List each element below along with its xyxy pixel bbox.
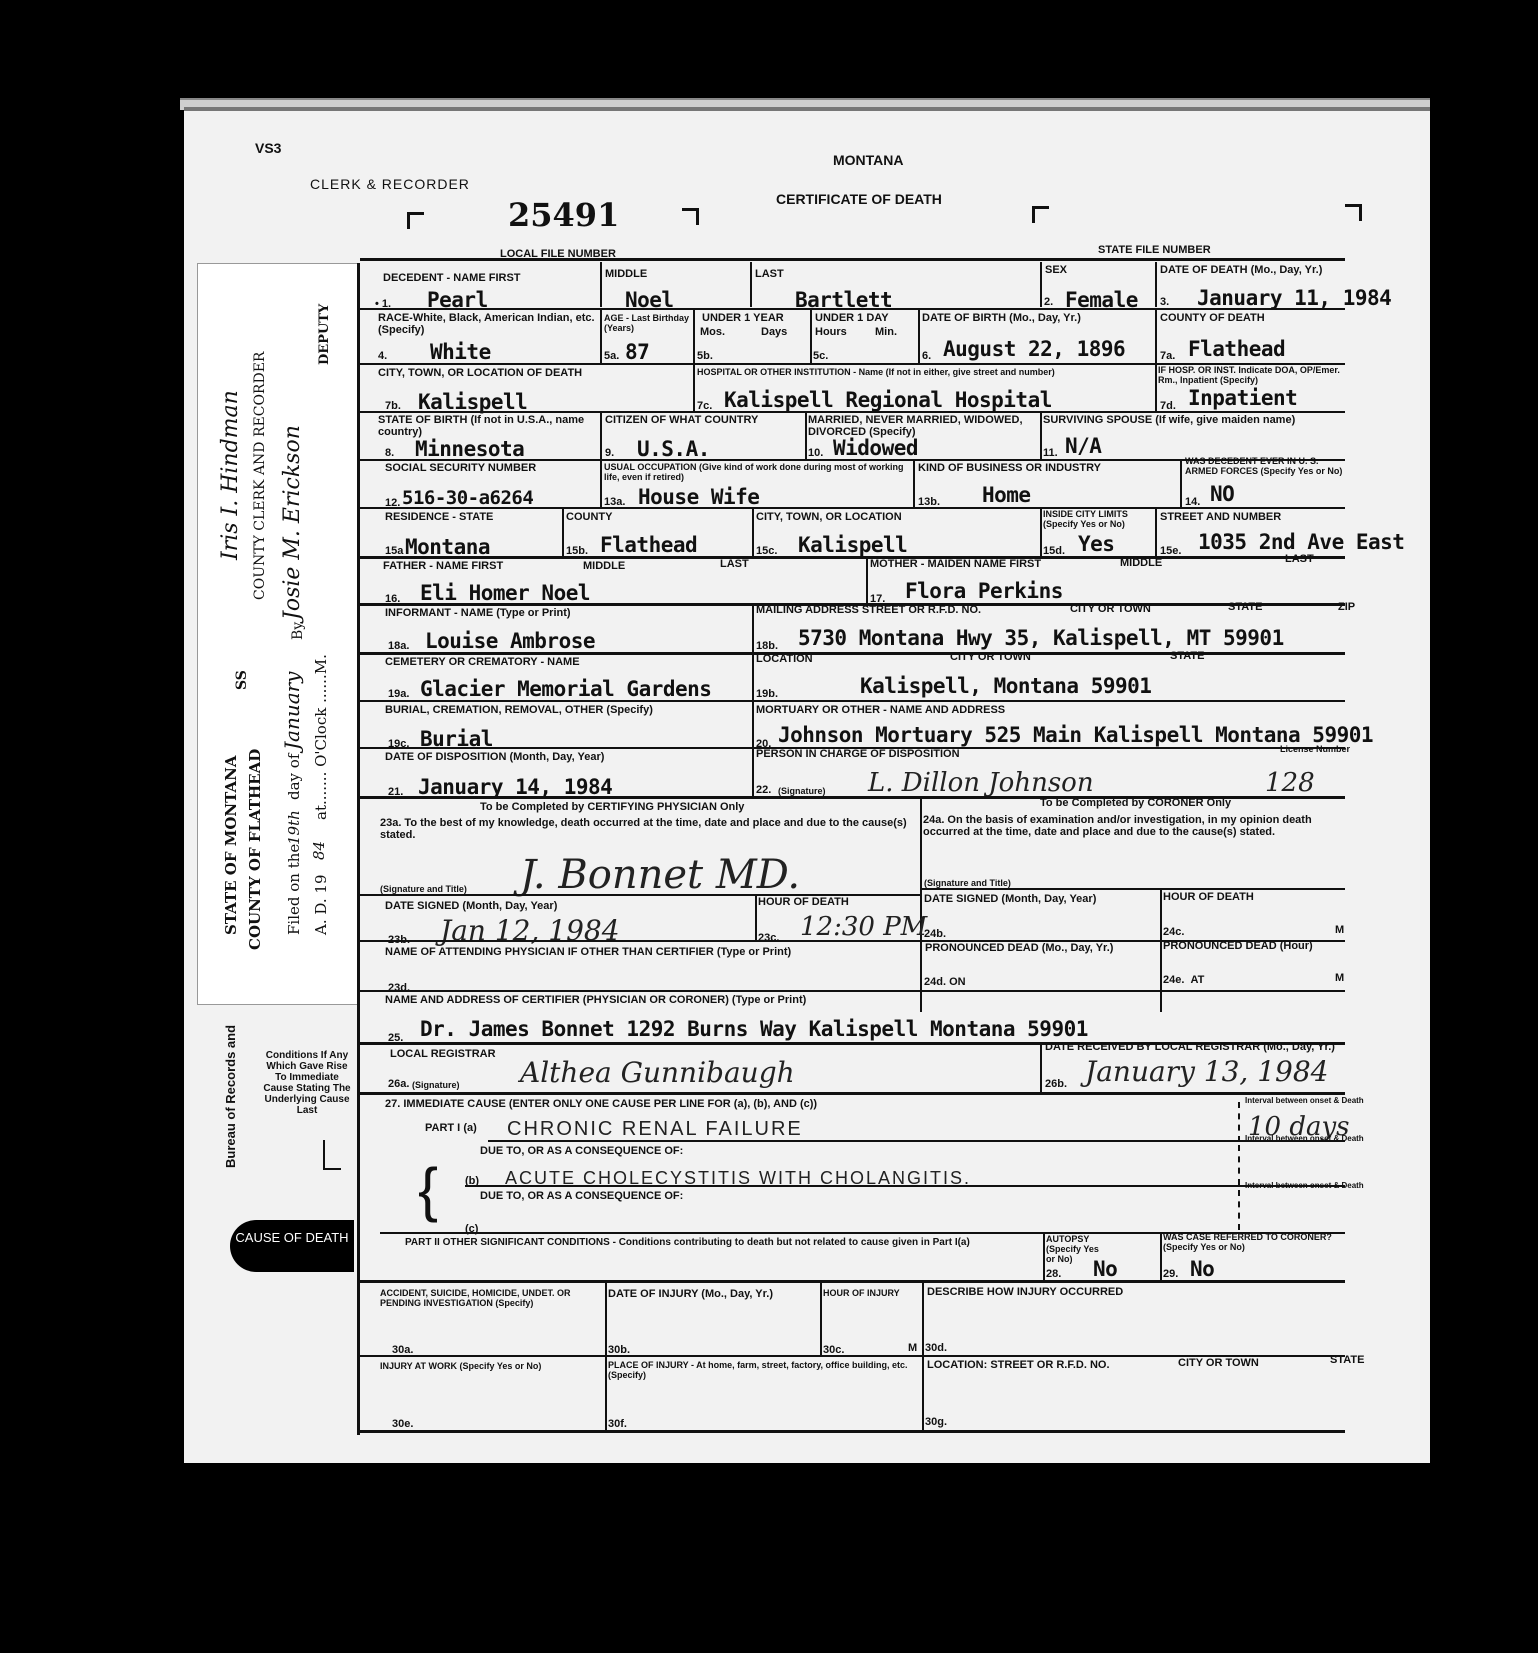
due-to-label: DUE TO, OR AS A CONSEQUENCE OF: — [480, 1145, 683, 1157]
race-value: White — [430, 340, 491, 364]
rule — [693, 363, 695, 411]
hour-of-death: 12:30 PM — [800, 912, 927, 942]
clerk-recorder-label: CLERK & RECORDER — [310, 176, 470, 192]
cause-of-death-badge: CAUSE OF DEATH — [230, 1220, 354, 1272]
inside-city-limits: Yes — [1078, 532, 1114, 556]
coroner-referral-value: No — [1190, 1257, 1214, 1281]
certifier-name-address: Dr. James Bonnet 1292 Burns Way Kalispel… — [420, 1017, 1088, 1041]
part2-label: PART II OTHER SIGNIFICANT CONDITIONS - C… — [405, 1238, 970, 1248]
label: RESIDENCE - STATE — [385, 511, 493, 523]
label: LOCATION — [756, 653, 813, 665]
label: SOCIAL SECURITY NUMBER — [385, 462, 536, 474]
label: MARRIED, NEVER MARRIED, WIDOWED, DIVORCE… — [808, 414, 1028, 438]
surviving-spouse: N/A — [1065, 434, 1101, 458]
rule — [866, 556, 868, 604]
father-name: Eli Homer Noel — [420, 581, 590, 605]
label: WAS DECEDENT EVER IN U. S. ARMED FORCES … — [1185, 456, 1345, 476]
rule — [693, 308, 695, 363]
residence-city: Kalispell — [798, 533, 907, 557]
label: ZIP — [1338, 601, 1355, 613]
registrar-signature: Althea Gunnibaugh — [520, 1056, 795, 1089]
field-corner — [682, 208, 699, 225]
label: STATE — [1228, 601, 1262, 613]
marital-status: Widowed — [833, 436, 918, 460]
informant-name: Louise Ambrose — [425, 629, 595, 653]
due-to-label: DUE TO, OR AS A CONSEQUENCE OF: — [480, 1190, 683, 1202]
field-corner — [1032, 206, 1049, 223]
rule — [752, 603, 754, 653]
business-industry: Home — [982, 483, 1031, 507]
cemetery-location: Kalispell, Montana 59901 — [860, 674, 1151, 698]
form-code: VS3 — [255, 140, 281, 156]
label: RACE-White, Black, American Indian, etc.… — [378, 312, 598, 336]
rule — [360, 308, 1345, 310]
license-number: 128 — [1265, 768, 1315, 798]
rule — [360, 258, 1345, 261]
deputy-title: DEPUTY — [317, 304, 332, 365]
rule — [488, 1140, 1345, 1142]
label: HOUR OF INJURY — [823, 1288, 900, 1298]
label: DESCRIBE HOW INJURY OCCURRED — [927, 1286, 1123, 1298]
occupation: House Wife — [638, 485, 759, 509]
rule — [1155, 507, 1157, 557]
label: DATE OF INJURY (Mo., Day, Yr.) — [608, 1288, 773, 1300]
state-heading: MONTANA — [833, 152, 904, 168]
rule — [600, 308, 602, 363]
stub-state: STATE OF MONTANA — [222, 756, 240, 935]
rule — [1238, 1190, 1240, 1230]
label: MOTHER - MAIDEN NAME FIRST — [870, 558, 1041, 570]
rule — [810, 308, 812, 363]
part1-label: PART I (a) — [425, 1122, 477, 1134]
label: DATE SIGNED (Month, Day, Year) — [924, 893, 1096, 905]
label: DATE OF DISPOSITION (Month, Day, Year) — [385, 751, 604, 763]
stub-filed-day: 19th — [285, 810, 303, 845]
rule — [1180, 459, 1182, 507]
label: Days — [761, 326, 787, 338]
label: PERSON IN CHARGE OF DISPOSITION — [756, 748, 960, 760]
label: INSIDE CITY LIMITS (Specify Yes or No) — [1043, 509, 1153, 529]
rule — [1040, 1042, 1042, 1092]
rule — [1155, 363, 1157, 411]
label: UNDER 1 YEAR — [702, 312, 784, 324]
date-signed: Jan 12, 1984 — [440, 914, 620, 947]
label: CITIZEN OF WHAT COUNTRY — [605, 414, 758, 426]
hospital-name: Kalispell Regional Hospital — [724, 388, 1052, 412]
label: NAME AND ADDRESS OF CERTIFIER (PHYSICIAN… — [385, 994, 806, 1006]
clerk-signature: Iris I. Hindman — [218, 390, 243, 560]
rule — [600, 459, 602, 507]
cause-a: CHRONIC RENAL FAILURE — [507, 1118, 803, 1141]
clerk-title: COUNTY CLERK AND RECORDER — [252, 352, 268, 600]
rule — [600, 411, 602, 459]
rule — [600, 262, 602, 307]
conditions-note: Conditions If Any Which Gave Rise To Imm… — [262, 1050, 352, 1116]
label: WAS CASE REFERRED TO CORONER? (Specify Y… — [1163, 1232, 1348, 1252]
stub-ad-prefix: A. D. 19 — [312, 875, 330, 935]
rule — [1160, 888, 1162, 1012]
state-file-number-label: STATE FILE NUMBER — [1098, 244, 1211, 256]
label: DATE OF BIRTH (Mo., Day, Yr.) — [922, 312, 1081, 324]
armed-forces: NO — [1210, 482, 1234, 506]
rule — [360, 990, 1345, 992]
label: INFORMANT - NAME (Type or Print) — [385, 607, 571, 619]
rule — [820, 1280, 822, 1355]
label: Mos. — [700, 326, 725, 338]
rule — [920, 796, 922, 1012]
label: IF HOSP. OR INST. Indicate DOA, OP/Emer.… — [1158, 365, 1348, 385]
label: (Signature) — [412, 1080, 460, 1090]
rule — [1155, 308, 1157, 363]
label: CEMETERY OR CREMATORY - NAME — [385, 656, 580, 668]
label: HOUR OF DEATH — [758, 896, 849, 908]
interval-label: Interval between onset & Death — [1245, 1134, 1364, 1143]
label: (Signature) — [778, 786, 826, 796]
rule — [360, 556, 1345, 559]
cemetery-name: Glacier Memorial Gardens — [420, 677, 711, 701]
rule — [360, 507, 1345, 509]
label: AGE - Last Birthday (Years) — [604, 313, 694, 333]
label: COUNTY — [566, 511, 612, 523]
date-of-birth: August 22, 1896 — [943, 337, 1125, 361]
rule — [1160, 1232, 1162, 1280]
label: BURIAL, CREMATION, REMOVAL, OTHER (Speci… — [385, 704, 653, 716]
stub-county: COUNTY OF FLATHEAD — [246, 749, 264, 950]
interval-label: Interval between onset & Death — [1245, 1096, 1364, 1105]
rule — [755, 894, 757, 940]
date-of-death: January 11, 1984 — [1197, 286, 1391, 310]
label: STREET AND NUMBER — [1160, 511, 1281, 523]
rule — [913, 459, 915, 507]
label: LAST — [720, 558, 749, 570]
date-received: January 13, 1984 — [1085, 1055, 1328, 1088]
age-value: 87 — [625, 340, 649, 364]
rule — [360, 411, 1345, 413]
autopsy-value: No — [1093, 1257, 1117, 1281]
rule — [918, 308, 920, 363]
rule — [360, 1280, 1345, 1283]
label: MIDDLE — [583, 560, 625, 572]
label: PRONOUNCED DEAD (Hour) — [1163, 940, 1313, 952]
label: HOUR OF DEATH — [1163, 891, 1254, 903]
rule — [805, 411, 807, 459]
label: DATE OF DEATH (Mo., Day, Yr.) — [1160, 264, 1322, 276]
stub-by: By — [290, 622, 306, 640]
rule — [360, 1430, 1345, 1433]
label: NAME OF ATTENDING PHYSICIAN IF OTHER THA… — [385, 946, 791, 958]
label: HOSPITAL OR OTHER INSTITUTION - Name (If… — [697, 367, 1055, 377]
coroner-header: To be Completed by CORONER Only — [1040, 797, 1231, 809]
stub-ss: SS — [234, 670, 250, 690]
residence-county: Flathead — [600, 533, 697, 557]
mailing-address: 5730 Montana Hwy 35, Kalispell, MT 59901 — [798, 626, 1284, 650]
rule — [360, 700, 1345, 702]
label: CITY OR TOWN — [1178, 1357, 1259, 1369]
form-left-border — [357, 263, 360, 1435]
label: LOCATION: STREET OR R.F.D. NO. — [927, 1359, 1110, 1371]
label: DATE RECEIVED BY LOCAL REGISTRAR (Mo., D… — [1045, 1041, 1335, 1053]
rule — [1040, 507, 1042, 557]
field-corner — [407, 212, 424, 229]
rule — [1040, 411, 1042, 459]
state-of-birth: Minnesota — [415, 437, 524, 461]
label: STATE — [1170, 650, 1204, 662]
physician-statement: 23a.To the best of my knowledge, death o… — [378, 817, 920, 841]
stub-filed-prefix: Filed on the — [285, 844, 303, 935]
institution-type: Inpatient — [1188, 386, 1297, 410]
label: (Signature and Title) — [380, 884, 467, 894]
rule — [360, 1092, 1345, 1095]
label: MIDDLE — [1120, 557, 1162, 569]
label: Min. — [875, 326, 897, 338]
label: MORTUARY OR OTHER - NAME AND ADDRESS — [756, 704, 1005, 716]
label: SEX — [1045, 264, 1067, 276]
label: DECEDENT - NAME FIRST — [383, 272, 521, 284]
label: License Number — [1280, 744, 1350, 754]
stub-filed-month: January — [280, 672, 304, 751]
label: CITY, TOWN, OR LOCATION OF DEATH — [378, 367, 582, 379]
label: INJURY AT WORK (Specify Yes or No) — [380, 1361, 541, 1371]
rule — [752, 747, 754, 797]
label: PLACE OF INJURY - At home, farm, street,… — [608, 1360, 918, 1380]
field-corner — [1345, 204, 1362, 221]
citizenship: U.S.A. — [637, 437, 710, 461]
rule — [1238, 1102, 1240, 1142]
label: KIND OF BUSINESS OR INDUSTRY — [918, 462, 1101, 474]
stub-day-of: day of — [285, 754, 303, 800]
rule — [562, 507, 564, 557]
label: MAILING ADDRESS STREET OR R.F.D. NO. — [756, 604, 981, 616]
ssn-value: 516-30-a6264 — [402, 487, 533, 509]
immediate-cause-label: 27. IMMEDIATE CAUSE (ENTER ONLY ONE CAUS… — [385, 1098, 817, 1110]
physician-signature: J. Bonnet MD. — [520, 852, 800, 898]
county-of-death: Flathead — [1188, 337, 1285, 361]
label: LOCAL REGISTRAR — [390, 1048, 496, 1060]
local-file-number: 25491 — [508, 196, 619, 234]
label: ACCIDENT, SUICIDE, HOMICIDE, UNDET. OR P… — [380, 1288, 605, 1308]
interval-label: Interval between onset & Death — [1245, 1181, 1364, 1190]
label: PRONOUNCED DEAD (Mo., Day, Yr.) — [925, 942, 1113, 954]
label: LAST — [755, 268, 784, 280]
label: Hours — [815, 326, 847, 338]
rule — [1040, 262, 1042, 307]
label: (Signature and Title) — [924, 878, 1011, 888]
rule — [1043, 1232, 1045, 1280]
rule — [750, 262, 752, 307]
label: COUNTY OF DEATH — [1160, 312, 1265, 324]
label: FATHER - NAME FIRST — [383, 560, 503, 572]
certificate-title: CERTIFICATE OF DEATH — [776, 191, 942, 207]
coroner-statement: 24a.On the basis of examination and/or i… — [923, 814, 1343, 838]
rule — [465, 1185, 1345, 1187]
stub-oclock: at....... O'Clock ......M. — [312, 654, 330, 820]
rule — [1155, 262, 1157, 307]
label: STATE OF BIRTH (If not in U.S.A., name c… — [378, 414, 598, 438]
label: SURVIVING SPOUSE (If wife, give maiden n… — [1043, 414, 1295, 426]
label: UNDER 1 DAY — [815, 312, 889, 324]
label: CITY OR TOWN — [1070, 603, 1151, 615]
label: DATE SIGNED (Month, Day, Year) — [385, 900, 557, 912]
label: MIDDLE — [605, 268, 647, 280]
label: LAST — [1285, 553, 1314, 565]
physician-header: To be Completed by CERTIFYING PHYSICIAN … — [480, 801, 744, 813]
bureau-label: Bureau of Records and — [223, 1025, 238, 1168]
mother-name: Flora Perkins — [905, 579, 1063, 603]
label: CITY OR TOWN — [950, 651, 1031, 663]
stub-ad-year: 84 — [310, 841, 328, 860]
deputy-signature: Josie M. Erickson — [280, 425, 305, 620]
disposition-signature: L. Dillon Johnson — [868, 768, 1094, 798]
label: USUAL OCCUPATION (Give kind of work done… — [604, 462, 909, 482]
label: STATE — [1330, 1354, 1364, 1366]
rule — [752, 507, 754, 557]
label: CITY, TOWN, OR LOCATION — [756, 511, 902, 523]
residence-street: 1035 2nd Ave East — [1198, 530, 1404, 554]
rule — [920, 888, 1345, 890]
rule — [1238, 1145, 1240, 1185]
arrow-icon — [323, 1140, 341, 1170]
